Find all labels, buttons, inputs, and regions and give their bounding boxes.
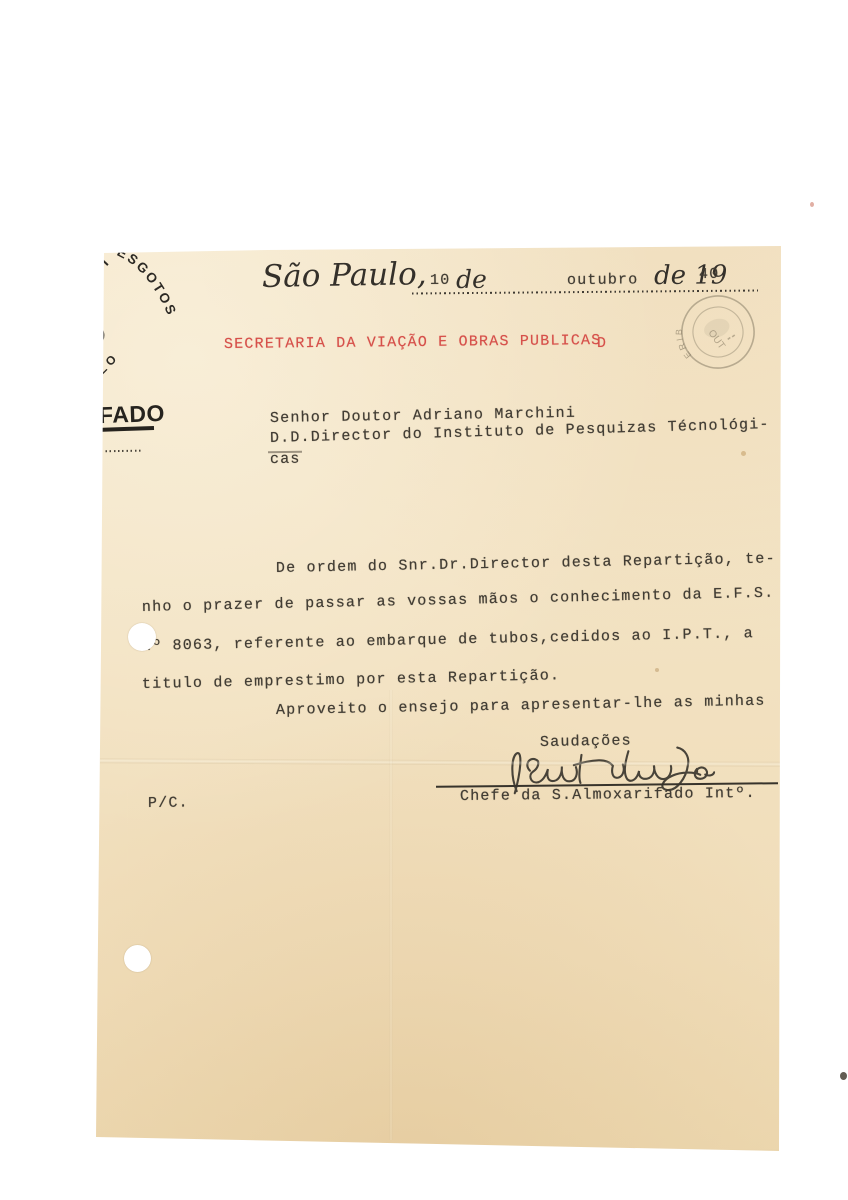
paper-stain bbox=[655, 668, 659, 672]
letterhead-script-fragment bbox=[93, 288, 115, 346]
letterhead-office-fragment: FADO bbox=[99, 400, 166, 429]
scanned-letter-page: ESGOTOS ULO FADO São Paulo, 10 de outubr… bbox=[0, 0, 848, 1200]
punch-hole-top bbox=[128, 623, 156, 651]
footer-reference: P/C. bbox=[148, 795, 189, 812]
department-heading: SECRETARIA DA VIAÇÃO E OBRAS PUBLICAS bbox=[224, 333, 602, 353]
body-line5: Aproveito o ensejo para apresentar-lhe a… bbox=[276, 694, 766, 720]
scan-speck bbox=[840, 1072, 847, 1080]
dateline-particle1: de bbox=[456, 265, 487, 294]
vertical-fold-crease bbox=[389, 690, 393, 1140]
recipient-line3: cas bbox=[270, 452, 301, 469]
signer-title: Chefe da S.Almoxarifado Intº. bbox=[460, 786, 756, 806]
paper-stain bbox=[741, 451, 746, 456]
letterhead-office-rule bbox=[96, 426, 154, 432]
body-line2: nho o prazer de passar as vossas mãos o … bbox=[142, 586, 775, 617]
department-heading-stray-char: D bbox=[597, 336, 607, 353]
letter-paper: ESGOTOS ULO FADO São Paulo, 10 de outubr… bbox=[0, 0, 848, 1200]
dateline-day: 10 bbox=[430, 273, 451, 290]
body-line4: titulo de emprestimo por esta Repartição… bbox=[142, 668, 561, 693]
letterhead-dotted-line bbox=[97, 450, 143, 453]
letterhead-city-fragment: ULO bbox=[86, 349, 122, 386]
dateline-city: São Paulo, bbox=[262, 256, 427, 295]
svg-text:ERIB: ERIB bbox=[670, 323, 694, 361]
punch-hole-bottom bbox=[124, 945, 151, 972]
body-line3: nº 8063, referente ao embarque de tubos,… bbox=[142, 626, 754, 655]
scan-speck bbox=[810, 202, 814, 207]
dateline-month: outubro bbox=[567, 272, 639, 289]
svg-text:ESGOTOS: ESGOTOS bbox=[115, 244, 180, 319]
body-line1: De ordem do Snr.Dr.Director desta Repart… bbox=[276, 551, 776, 577]
